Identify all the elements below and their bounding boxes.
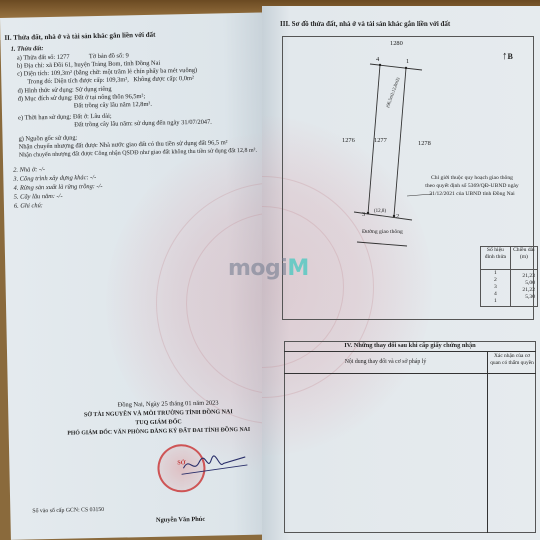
divider	[284, 373, 536, 374]
table-header-row: Số hiệu đỉnh thửa Chiều dài (m)	[481, 247, 538, 270]
land-heading: 1. Thửa đất:	[11, 45, 44, 54]
changes-title: IV. Những thay đổi sau khi cấp giấy chứn…	[284, 342, 536, 350]
divider	[487, 351, 488, 533]
vertex-3: 3	[362, 211, 365, 219]
forest-item: 4. Rừng sản xuất là rừng trồng: -/-	[13, 183, 102, 193]
notes-item: 6. Ghi chú:	[14, 202, 43, 211]
divider	[284, 351, 536, 352]
changes-confirm-header: Xác nhận của cơ quan có thẩm quyền	[490, 353, 534, 367]
parcel-right-number: 1278	[418, 140, 431, 148]
changes-content-header: Nội dung thay đổi và cơ sở pháp lý	[284, 358, 487, 366]
vertex-cell: 2	[483, 277, 508, 284]
vertex-cell: 1	[483, 270, 508, 277]
signature	[179, 453, 249, 476]
vertex-cell: 1	[483, 298, 508, 305]
edge-length-table: Số hiệu đỉnh thửa Chiều dài (m) 1 2 3 4 …	[480, 246, 538, 307]
vertex-2: 2	[396, 213, 399, 221]
usage-purpose-2: Đất trồng cây lâu năm 12,8m².	[74, 101, 152, 111]
length-cell: 21,23	[513, 273, 535, 280]
usage-term-2: Đất trồng cây lâu năm: sử dụng đến ngày …	[74, 119, 212, 130]
length-cell: 5,30	[513, 294, 535, 301]
site-watermark: mogiM	[228, 256, 309, 281]
signer-name: Nguyễn Văn Phúc	[130, 515, 230, 525]
table-row: 1 2 3 4 1 21,23 5,00 21,22 5,30	[481, 270, 538, 307]
changes-table	[284, 341, 536, 533]
perennial-trees-item: 5. Cây lâu năm: -/-	[14, 193, 63, 202]
section-title: II. Thửa đất, nhà ở và tài sản khác gắn …	[4, 31, 155, 42]
col-vertex-header: Số hiệu đỉnh thửa	[481, 247, 511, 270]
col-length-header: Chiều dài (m)	[510, 247, 537, 270]
length-cell: 21,22	[513, 287, 535, 294]
parcel-left-number: 1276	[342, 137, 355, 145]
area-not-granted: Không được cấp: 0,0m²	[133, 75, 194, 84]
vertex-4: 4	[376, 56, 379, 64]
vertex-cell: 3	[483, 284, 508, 291]
area-granted: Trong đó: Diện tích được cấp: 109,3m²,	[27, 76, 129, 86]
house-item: 2. Nhà ở: -/-	[13, 166, 45, 175]
parcel-center-number: 1277	[374, 137, 387, 145]
road-label: Đường giao thông	[362, 228, 403, 236]
vertex-cell: 4	[483, 291, 508, 298]
planning-note-1: Chỉ giới thuộc quy hoạch giao thông	[407, 174, 537, 182]
length-cell: 5,00	[513, 280, 535, 287]
bottom-edge-label: (12,8)	[374, 208, 386, 216]
planning-note-2: theo quyết định số 5369/QĐ-UBND ngày	[407, 182, 537, 190]
planning-note-3: 31/12/2021 của UBND tỉnh Đồng Nai	[407, 190, 537, 198]
register-number: Số vào sổ cấp GCN: CS 03150	[32, 506, 104, 516]
vertex-1: 1	[406, 58, 409, 66]
